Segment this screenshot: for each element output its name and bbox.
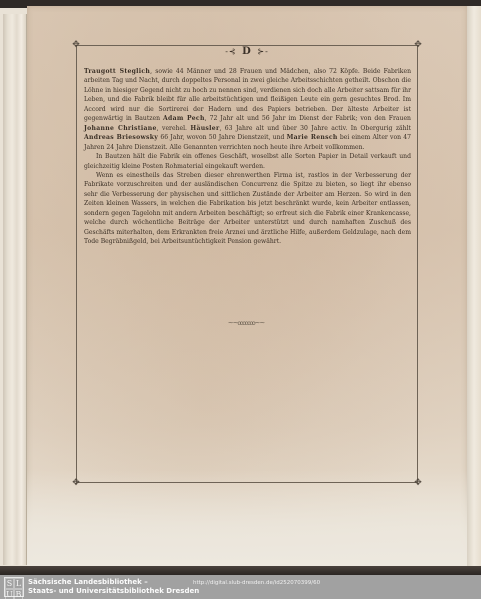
head-ornament-right: ⊱- xyxy=(257,47,268,56)
page-bottom-area xyxy=(27,470,467,566)
logo-letter: L xyxy=(14,578,23,589)
paragraph: Traugott Steglich, sowie 44 Männer und 2… xyxy=(84,67,411,152)
section-divider-ornament: ~~ⲟⲟⲟⲟⲟⲟⲟ~~ xyxy=(206,319,286,327)
logo-letter: U xyxy=(5,589,14,599)
corner-ornament-icon: ✥ xyxy=(71,478,81,488)
corner-ornament-icon: ✥ xyxy=(413,478,423,488)
library-name-line1: Sächsische Landesbibliothek – xyxy=(28,578,199,587)
paragraph: In Bautzen hält die Fabrik ein offenes G… xyxy=(84,152,411,171)
book-bottom-edge xyxy=(0,566,481,575)
person-name: Traugott Steglich xyxy=(84,68,150,75)
person-name: Marie Rensch xyxy=(287,134,338,141)
slub-logo: S L U B xyxy=(4,577,24,597)
person-name: Andreas Briesowsky xyxy=(84,134,158,141)
permalink-url[interactable]: http://digital.slub-dresden.de/id2520703… xyxy=(193,580,320,586)
signature-letter: D xyxy=(242,46,252,57)
running-head: -⊰ D ⊱- xyxy=(76,46,418,57)
person-name: Adam Pech xyxy=(163,115,205,122)
scan-viewer: ✥ ✥ ✥ ✥ -⊰ D ⊱- Traugott Steglich, sowie… xyxy=(0,0,481,575)
left-page-stack xyxy=(3,14,27,565)
logo-letter: B xyxy=(14,589,23,599)
body-text: Traugott Steglich, sowie 44 Männer und 2… xyxy=(84,67,411,247)
library-name-line2: Staats- und Universitätsbibliothek Dresd… xyxy=(28,587,199,596)
text-run: In Bautzen hält die Fabrik ein offenes G… xyxy=(84,153,411,169)
head-ornament-left: -⊰ xyxy=(225,47,236,56)
library-name: Sächsische Landesbibliothek – Staats- un… xyxy=(28,578,199,596)
text-run: , verehel. xyxy=(157,125,191,132)
text-run: 66 Jahr, wovon 50 Jahre Dienstzeit, und xyxy=(158,134,286,141)
person-name: Johanne Christiane xyxy=(84,125,157,132)
text-run: Wenn es einestheils das Streben dieser e… xyxy=(84,172,411,245)
text-run: , 72 Jahr alt und 56 Jahr im Dienst der … xyxy=(205,115,411,122)
person-name: Häusler xyxy=(190,125,219,132)
library-footer-bar: S L U B Sächsische Landesbibliothek – St… xyxy=(0,575,481,599)
text-run: , 63 Jahre alt und über 30 Jahre activ. … xyxy=(219,125,411,132)
right-page-stack xyxy=(466,6,481,566)
paragraph: Wenn es einestheils das Streben dieser e… xyxy=(84,171,411,247)
logo-letter: S xyxy=(5,578,14,589)
